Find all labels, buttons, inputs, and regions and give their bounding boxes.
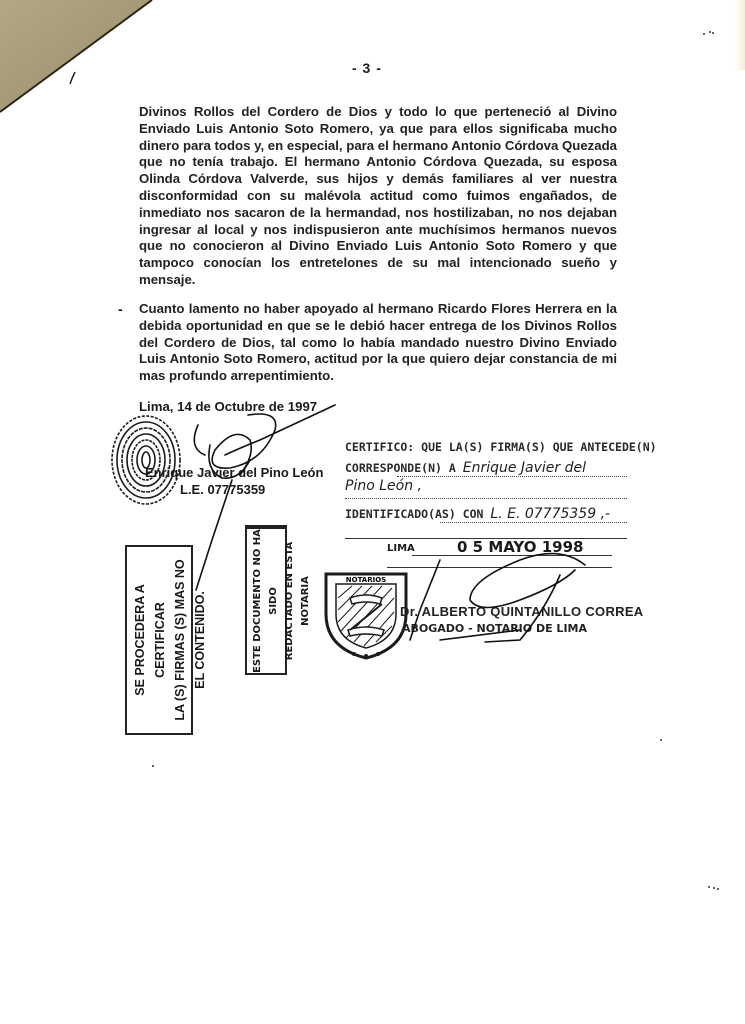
- stamp-2-line-2: REDACTADO EN ESTA NOTARIA: [282, 529, 314, 673]
- stamp-1-line-1: SE PROCEDERA A CERTIFICAR: [130, 547, 170, 733]
- speck: [152, 765, 154, 767]
- speck: [708, 886, 710, 888]
- not-drafted-here-stamp: ESTE DOCUMENTO NO HA SIDO REDACTADO EN E…: [245, 525, 287, 675]
- stamp-1-line-3: EL CONTENIDO.: [190, 547, 210, 733]
- speck: [703, 33, 705, 35]
- notary-name: Dr. ALBERTO QUINTANILLO CORREA: [400, 604, 643, 619]
- cert-line-2-prefix: CORRESPONDE(N) A: [345, 461, 456, 475]
- signer-name: Enrique Javier del Pino León: [145, 465, 323, 480]
- document-page: - 3 - Divinos Rollos del Cordero de Dios…: [0, 0, 745, 1024]
- speck: [713, 887, 715, 889]
- folded-corner: [0, 0, 160, 115]
- notary-title: ABOGADO - NOTARIO DE LIMA: [402, 622, 587, 635]
- signer-id: L.E. 07775359: [180, 482, 265, 497]
- certify-signature-stamp: SE PROCEDERA A CERTIFICAR LA (S) FIRMAS …: [125, 545, 193, 735]
- page-edge: [735, 0, 745, 70]
- cert-handwritten-name: Enrique Javier del: [463, 460, 586, 476]
- speck: [660, 739, 662, 741]
- notary-seal-icon: NOTARIOS: [320, 568, 412, 660]
- cert-date-stamp: 0 5 MAYO 1998: [457, 538, 583, 556]
- paragraph-2: Cuanto lamento no haber apoyado al herma…: [139, 301, 617, 385]
- cert-handwritten-surname: Pino León ,: [345, 478, 422, 494]
- cert-handwritten-id: L. E. 07775359 ,-: [490, 506, 610, 522]
- cert-line-2: CORRESPONDE(N) A Enrique Javier del: [345, 460, 586, 476]
- speck: [712, 32, 714, 34]
- stamp-2-line-1: ESTE DOCUMENTO NO HA SIDO: [250, 529, 282, 673]
- paragraph-1: Divinos Rollos del Cordero de Dios y tod…: [139, 104, 617, 289]
- speck: [709, 31, 711, 33]
- speck: [717, 888, 719, 890]
- cert-line-1: CERTIFICO: QUE LA(S) FIRMA(S) QUE ANTECE…: [345, 440, 657, 454]
- cert-place-label: LIMA: [387, 543, 415, 554]
- fingerprint-icon: [108, 412, 188, 512]
- cert-line-4-prefix: IDENTIFICADO(AS) CON: [345, 507, 483, 521]
- seal-top-text: NOTARIOS: [346, 576, 386, 584]
- page-number: - 3 -: [352, 60, 382, 76]
- cert-line-4: IDENTIFICADO(AS) CON L. E. 07775359 ,-: [345, 506, 610, 522]
- stamp-1-line-2: LA (S) FIRMAS (S) MAS NO: [170, 547, 190, 733]
- bullet-marker: -: [118, 301, 123, 317]
